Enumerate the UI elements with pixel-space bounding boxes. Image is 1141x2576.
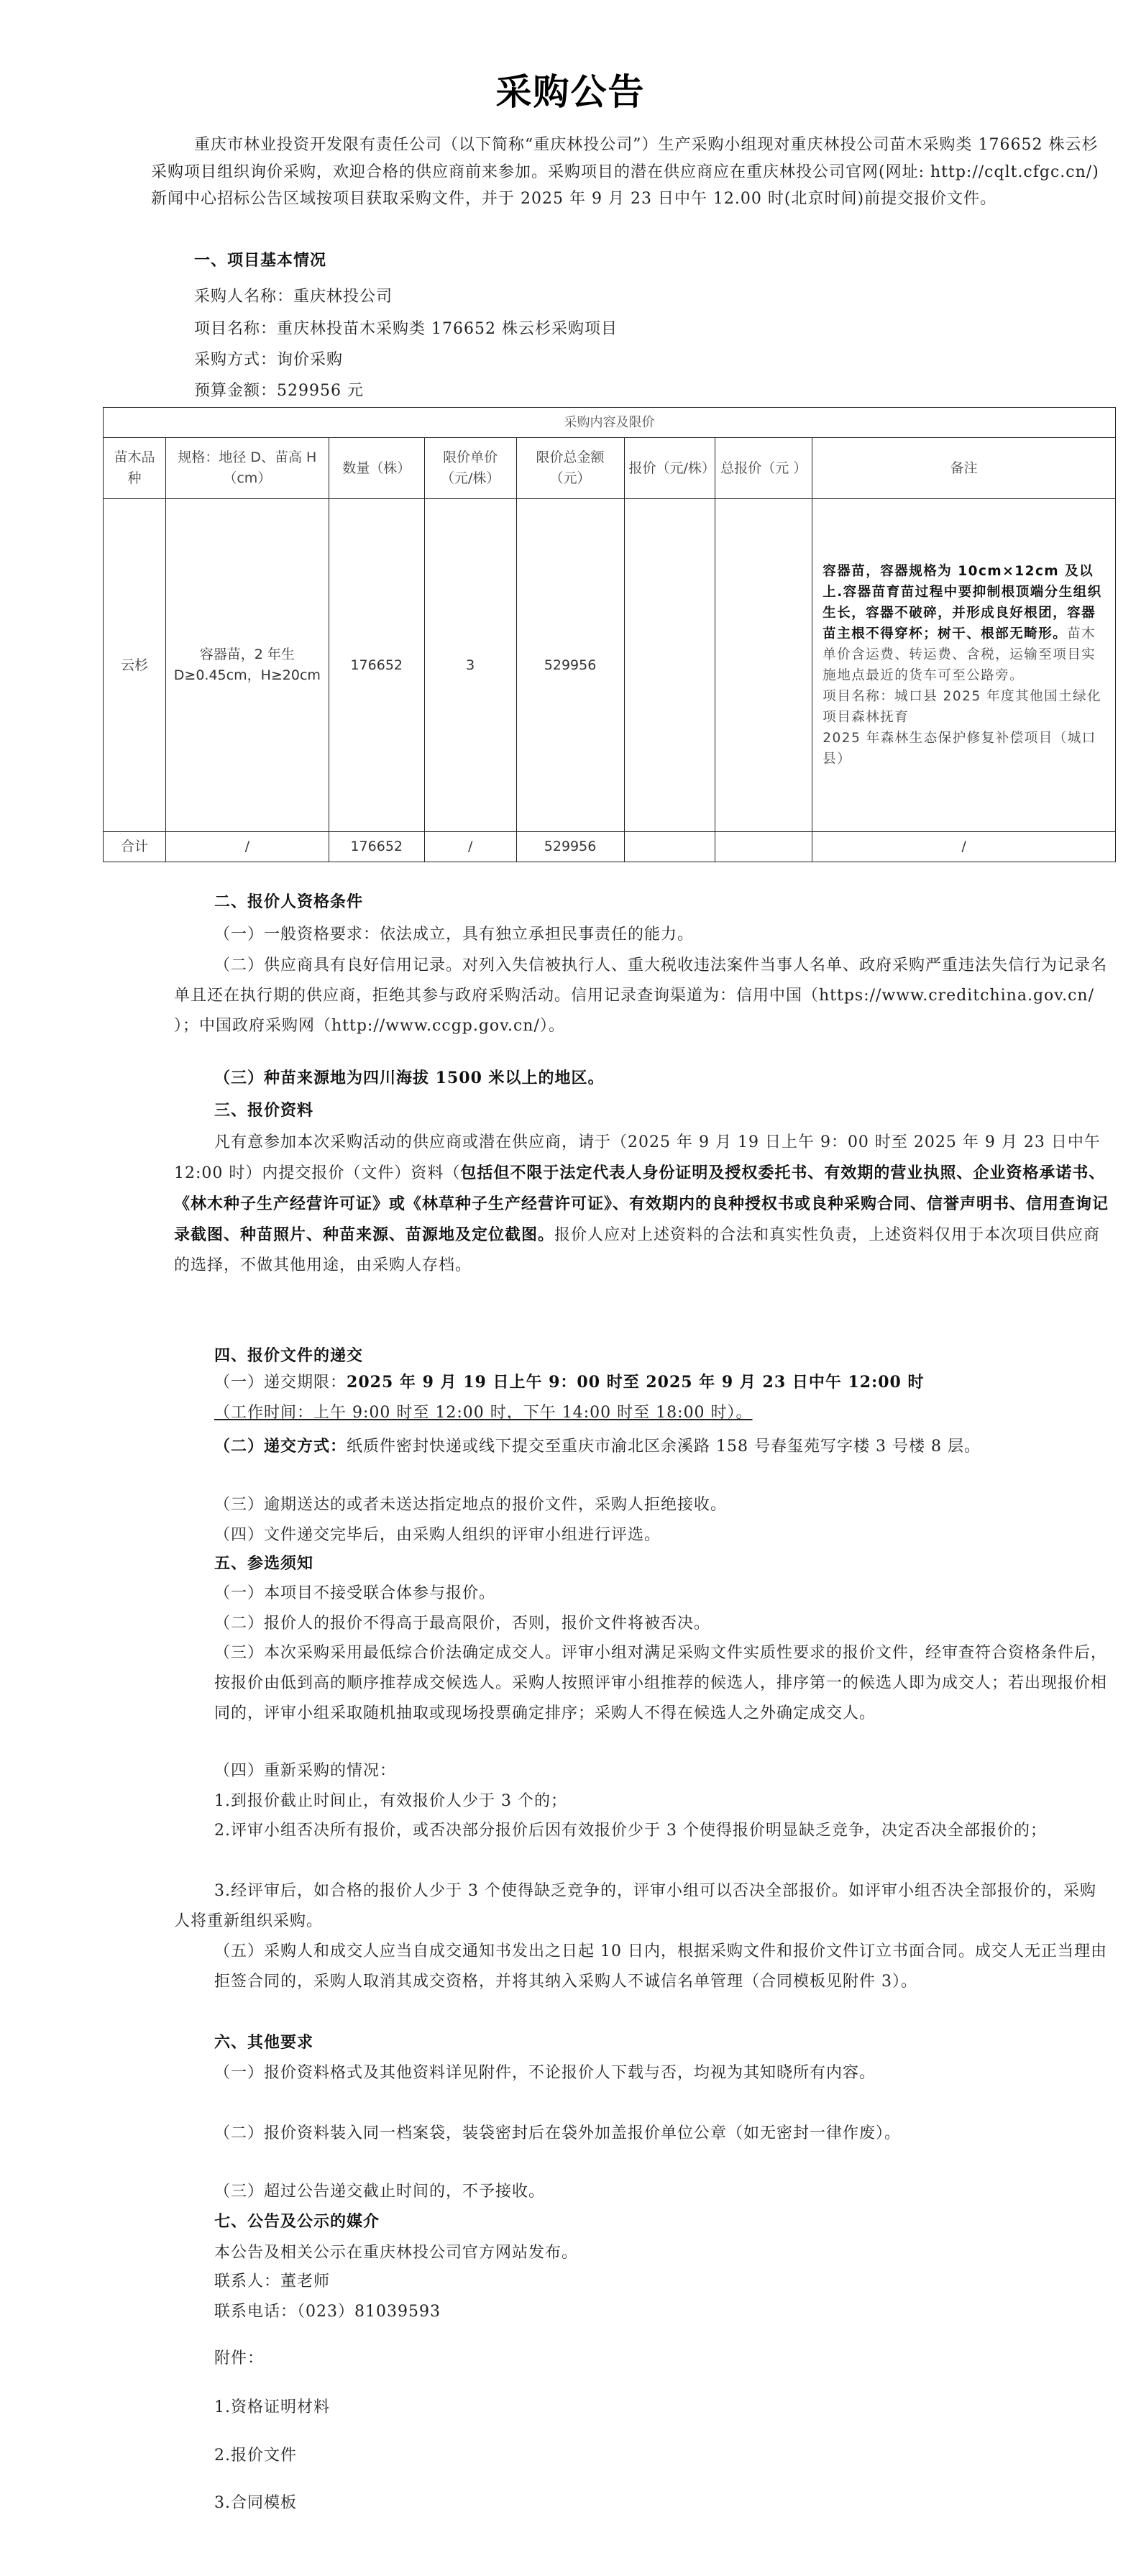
section5-item3: （三）本次采购采用最低综合价法确定成交人。评审小组对满足采购文件实质性要求的报价… [214, 1638, 1109, 1729]
section5-item5: （五）采购人和成交人应当自成交通知书发出之日起 10 日内，根据采购文件和报价文… [214, 1937, 1109, 1997]
section2-heading: 二、报价人资格条件 [214, 890, 363, 912]
procurement-table: 采购内容及限价 苗木品种 规格：地径 D、苗高 H（cm） 数量（株） 限价单价… [103, 407, 1116, 862]
total-spec: / [165, 832, 329, 862]
header-total-quote: 总报价（元 ） [715, 438, 812, 499]
header-quantity: 数量（株） [329, 438, 424, 499]
section6-item2: （二）报价资料装入同一档案袋，装袋密封后在袋外加盖报价单位公章（如无密封一律作废… [174, 2119, 1109, 2149]
section2-item3: （三）种苗来源地为四川海拔 1500 米以上的地区。 [214, 1066, 605, 1088]
section5-item4-3: 3.经评审后，如合格的报价人少于 3 个使得缺乏竞争的，评审小组可以否决全部报价… [174, 1876, 1109, 1937]
section5-heading: 五、参选须知 [214, 1551, 313, 1574]
section5-item2: （二）报价人的报价不得高于最高限价，否则，报价文件将被否决。 [214, 1611, 710, 1633]
section4-item4: （四）文件递交完毕后，由采购人组织的评审小组进行评选。 [214, 1522, 661, 1545]
total-limit: 529956 [516, 832, 624, 862]
publish-note: 本公告及相关公示在重庆林投公司官方网站发布。 [214, 2240, 578, 2262]
attachment-item[interactable]: 1.资格证明材料 [214, 2395, 330, 2417]
page-title: 采购公告 [0, 63, 1141, 115]
total-label: 合计 [104, 832, 166, 862]
cell-unit-price: 3 [424, 499, 516, 832]
deadline-label: （一）递交期限： [214, 1374, 347, 1392]
table-row: 云杉 容器苗，2 年生 D≥0.45cm，H≥20cm 176652 3 529… [104, 499, 1116, 832]
header-notes: 备注 [812, 438, 1116, 499]
notes-project-1: 项目名称：城口县 2025 年度其他国土绿化项目森林抚育 [822, 689, 1101, 725]
intro-paragraph: 重庆市林业投资开发限有责任公司（以下简称“重庆林投公司”）生产采购小组现对重庆林… [151, 132, 1114, 213]
submission-method-value: 纸质件密封快递或线下提交至重庆市渝北区余溪路 158 号春玺苑写字楼 3 号楼 … [347, 1438, 981, 1456]
project-name: 项目名称：重庆林投苗木采购类 176652 株云杉采购项目 [194, 316, 618, 339]
procurement-method: 采购方式：询价采购 [194, 347, 343, 370]
attachment-item[interactable]: 2.报价文件 [214, 2443, 297, 2465]
total-quote [624, 832, 715, 862]
cell-quote[interactable] [624, 499, 715, 832]
section5-item4: （四）重新采购的情况： [214, 1758, 396, 1781]
header-quote: 报价（元/株） [624, 438, 715, 499]
total-notes: / [812, 832, 1116, 862]
cell-notes: 容器苗，容器规格为 10cm×12cm 及以上.容器苗育苗过程中要抑制根顶端分生… [812, 499, 1116, 832]
contact-person: 联系人：董老师 [214, 2269, 330, 2291]
cell-total-quote[interactable] [715, 499, 812, 832]
submission-method-label: （二）递交方式： [214, 1437, 347, 1456]
attachments-label: 附件： [214, 2346, 264, 2368]
announcement-page: 采购公告 重庆市林业投资开发限有责任公司（以下简称“重庆林投公司”）生产采购小组… [0, 0, 1141, 2576]
section5-item1: （一）本项目不接受联合体参与报价。 [214, 1581, 495, 1603]
section2-item2: （二）供应商具有良好信用记录。对列入失信被执行人、重大税收违法案件当事人名单、政… [174, 951, 1109, 1041]
section7-heading: 七、公告及公示的媒介 [214, 2209, 380, 2232]
section5-item4-1: 1.到报价截止时间止，有效报价人少于 3 个的； [214, 1789, 567, 1811]
section5-item4-2: 2.评审小组否决所有报价，或否决部分报价后因有效报价少于 3 个使得报价明显缺乏… [174, 1816, 1109, 1846]
budget-amount: 预算金额：529956 元 [194, 378, 364, 401]
table-caption: 采购内容及限价 [104, 408, 1116, 438]
section6-item3: （三）超过公告递交截止时间的，不予接收。 [214, 2179, 545, 2201]
table-total-row: 合计 / 176652 / 529956 / [104, 832, 1116, 862]
cell-quantity: 176652 [329, 499, 424, 832]
notes-requirements: 容器苗，容器规格为 10cm×12cm 及以上.容器苗育苗过程中要抑制根顶端分生… [822, 564, 1102, 641]
table-header-row: 苗木品种 规格：地径 D、苗高 H（cm） 数量（株） 限价单价（元/株） 限价… [104, 438, 1116, 499]
total-total-quote [715, 832, 812, 862]
working-hours: （工作时间：上午 9:00 时至 12:00 时，下午 14:00 时至 18:… [214, 1400, 753, 1422]
attachment-item[interactable]: 3.合同模板 [214, 2490, 297, 2513]
section4-item1: （一）递交期限：2025 年 9 月 19 日上午 9：00 时至 2025 年… [214, 1370, 925, 1392]
section4-heading: 四、报价文件的递交 [214, 1343, 363, 1366]
deadline-value: 2025 年 9 月 19 日上午 9：00 时至 2025 年 9 月 23 … [347, 1373, 924, 1392]
section3-paragraph: 凡有意参加本次采购活动的供应商或潜在供应商，请于（2025 年 9 月 19 日… [174, 1128, 1109, 1281]
section6-item1: （一）报价资料格式及其他资料详见附件，不论报价人下载与否，均视为其知晓所有内容。 [174, 2058, 1109, 2088]
header-unit-price-limit: 限价单价（元/株） [424, 438, 516, 499]
contact-phone: 联系电话：（023）81039593 [214, 2299, 441, 2321]
section4-item2: （二）递交方式：纸质件密封快递或线下提交至重庆市渝北区余溪路 158 号春玺苑写… [174, 1431, 1109, 1462]
section3-heading: 三、报价资料 [214, 1098, 313, 1120]
cell-spec: 容器苗，2 年生 D≥0.45cm，H≥20cm [165, 499, 329, 832]
section1-heading: 一、项目基本情况 [194, 248, 326, 270]
cell-species: 云杉 [104, 499, 166, 832]
header-spec: 规格：地径 D、苗高 H（cm） [165, 438, 329, 499]
purchaser-name: 采购人名称：重庆林投公司 [194, 284, 393, 306]
section2-item1: （一）一般资格要求：依法成立，具有独立承担民事责任的能力。 [214, 922, 694, 944]
notes-project-2: 2025 年森林生态保护修复补偿项目（城口县） [822, 731, 1096, 767]
section4-item3: （三）逾期送达的或者未送达指定地点的报价文件，采购人拒绝接收。 [214, 1492, 727, 1515]
table-caption-row: 采购内容及限价 [104, 408, 1116, 438]
total-unit-price: / [424, 832, 516, 862]
header-total-limit: 限价总金额（元） [516, 438, 624, 499]
section6-heading: 六、其他要求 [214, 2030, 313, 2052]
total-quantity: 176652 [329, 832, 424, 862]
cell-total-limit: 529956 [516, 499, 624, 832]
header-species: 苗木品种 [104, 438, 166, 499]
